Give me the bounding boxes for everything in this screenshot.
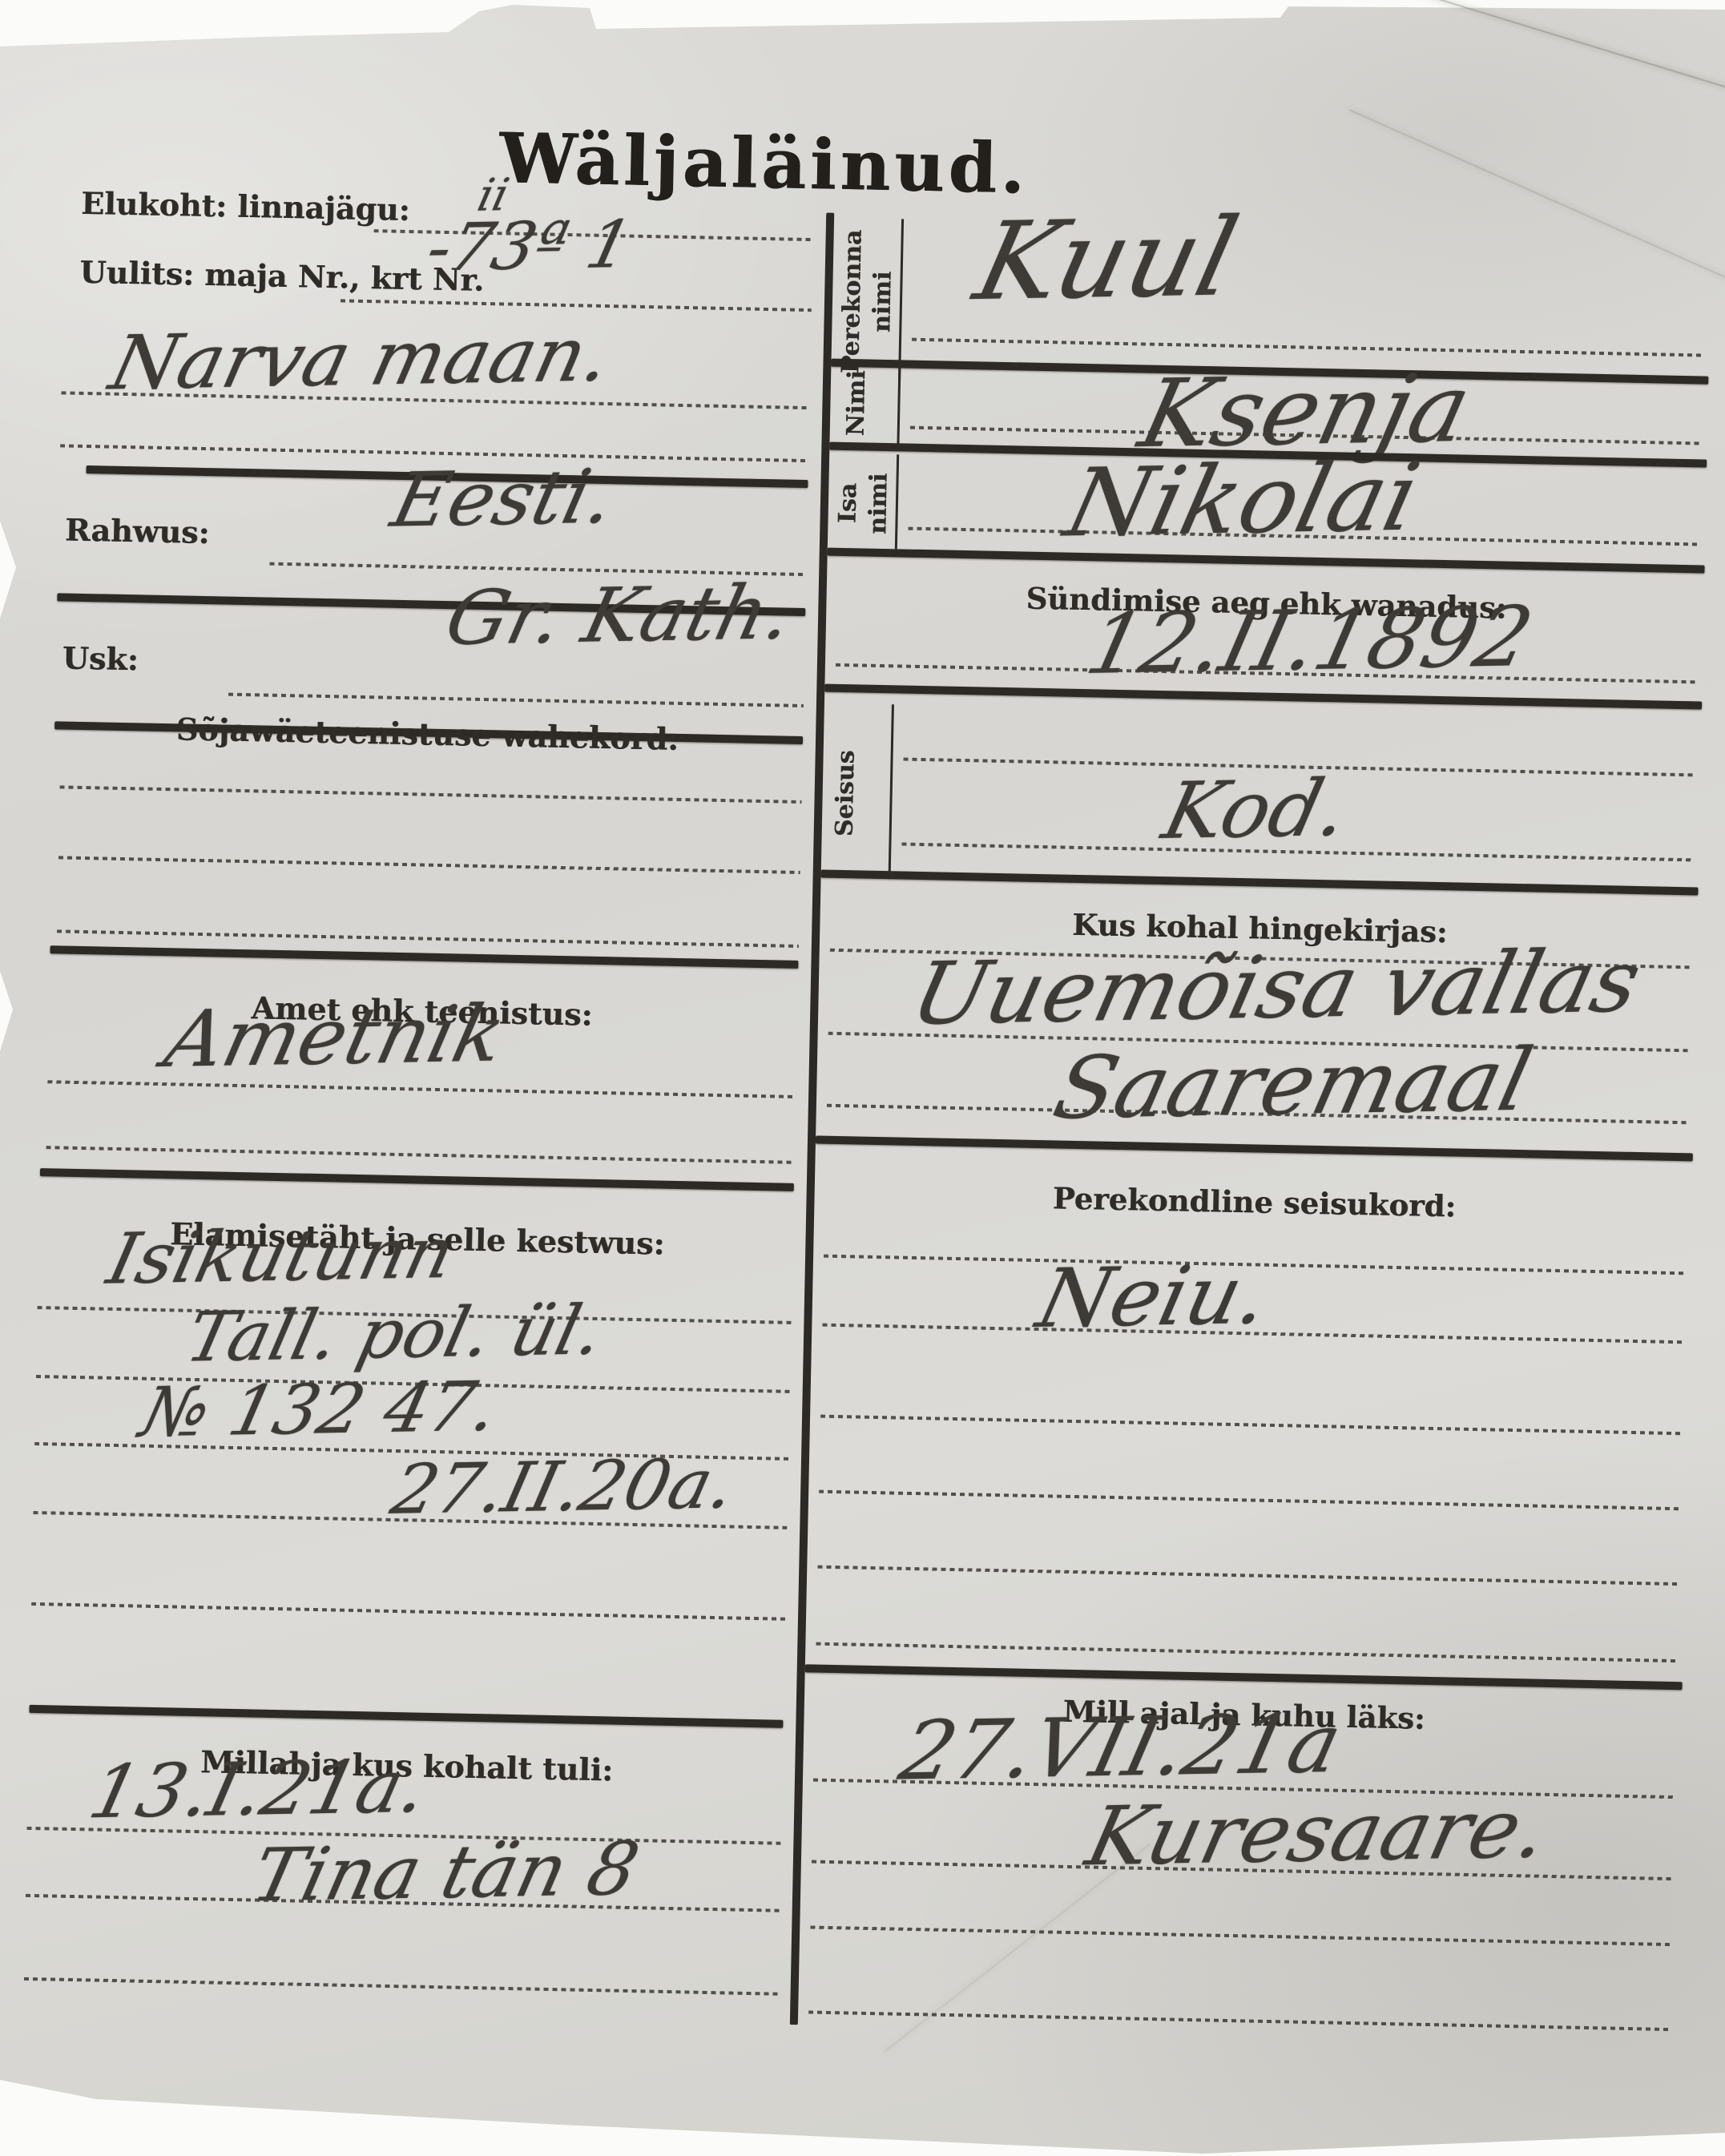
occupation-value-handwritten: Ametnik	[158, 995, 511, 1079]
marital-dotted-line-6	[816, 1642, 1677, 1663]
street-name-handwritten: Narva maan.	[103, 318, 617, 402]
permit-line3-handwritten: № 132 47.	[135, 1372, 504, 1447]
first-name-label: Nimi	[841, 367, 891, 440]
military-service-label: Sõjawäeteenistuse wahekord:	[37, 708, 819, 760]
arrival-date-handwritten: 13.I.21a.	[83, 1750, 434, 1829]
permit-line1-handwritten: Isikutunn	[102, 1218, 461, 1294]
label-divider	[895, 454, 899, 549]
residence-label: Elukoht: linnajägu:	[81, 185, 410, 228]
street-dotted-line	[341, 299, 812, 312]
section-rule	[29, 1705, 783, 1728]
marital-dotted-line-5	[817, 1566, 1679, 1586]
label-divider	[897, 368, 901, 446]
departure-dotted-line-4	[808, 2010, 1670, 2031]
status-label: Seisus	[829, 713, 881, 874]
occupation-dotted-line-2	[46, 1146, 795, 1164]
nationality-value-handwritten: Eesti.	[385, 460, 621, 538]
military-dotted-line-1	[60, 785, 802, 804]
military-dotted-line-3	[57, 929, 799, 948]
section-rule	[821, 870, 1699, 896]
nationality-label: Rahwus:	[65, 511, 210, 550]
section-rule	[805, 1664, 1683, 1690]
marital-dotted-line-3	[820, 1415, 1682, 1436]
section-rule	[50, 945, 798, 969]
street-number-handwritten: -73ª 1	[421, 212, 638, 281]
permit-line4-handwritten: 27.II.20a.	[385, 1450, 741, 1525]
permit-dotted-line-5	[31, 1602, 785, 1621]
marital-status-label: Perekondline seisukord:	[816, 1176, 1692, 1229]
family-name-dotted-line	[912, 338, 1703, 357]
religion-label: Usk:	[62, 639, 139, 677]
section-rule	[816, 1135, 1693, 1161]
departure-date-handwritten: 27.VII.21a	[893, 1703, 1348, 1792]
departure-place-handwritten: Kuresaare.	[1080, 1789, 1555, 1879]
section-rule	[40, 1168, 794, 1191]
military-dotted-line-2	[58, 856, 800, 874]
parish-line1-handwritten: Uuemõisa vallas	[905, 939, 1648, 1038]
registration-form: Wäljaläinud. Elukoht: linnajägu: ii Uuli…	[10, 95, 1719, 2106]
departure-dotted-line-3	[810, 1926, 1671, 1947]
status-value-handwritten: Kod.	[1156, 769, 1355, 851]
label-divider	[889, 704, 894, 879]
arrival-dotted-line-3	[24, 1977, 778, 1996]
family-name-handwritten: Kuul	[967, 204, 1247, 316]
marital-dotted-line-4	[819, 1490, 1680, 1511]
father-name-label: Isa nimi	[832, 457, 895, 550]
permit-line2-handwritten: Tall. pol. ül.	[180, 1296, 610, 1372]
religion-value-handwritten: Gr. Kath.	[439, 576, 800, 657]
religion-dotted-line	[228, 693, 804, 707]
occupation-dotted-line-1	[47, 1080, 796, 1098]
